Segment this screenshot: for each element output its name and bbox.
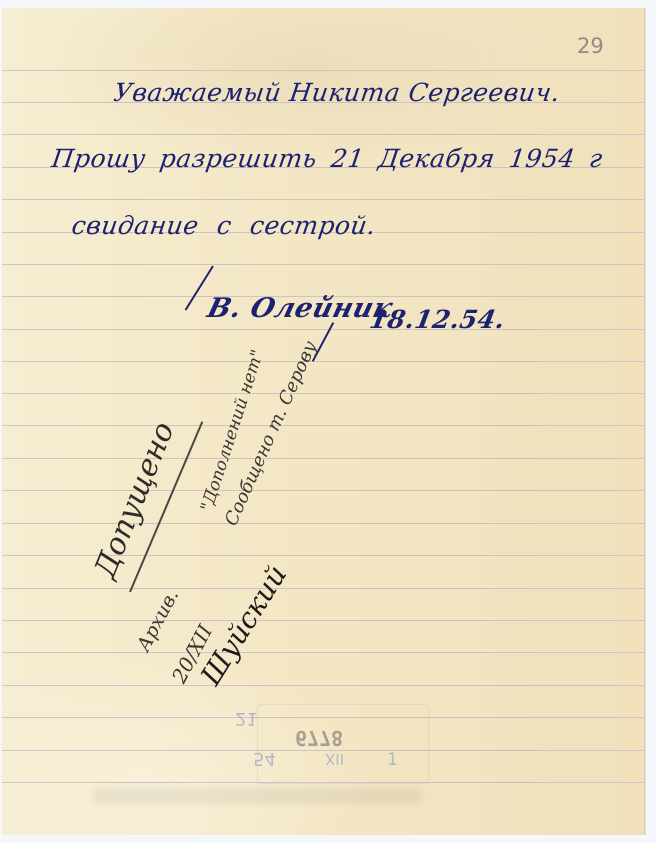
request-line-2: свидание с сестрой.	[70, 211, 378, 240]
stamp-mark: 1	[387, 750, 398, 770]
stamp-number: 6778	[295, 726, 343, 750]
ruled-line	[2, 199, 644, 200]
stamp-mark: 21	[235, 708, 258, 729]
ruled-line	[2, 490, 644, 491]
request-line-1: Прошу разрешить 21 Декабря 1954 г	[50, 144, 605, 173]
ruled-line	[2, 685, 644, 686]
ruled-line	[2, 425, 644, 426]
ruled-line	[2, 361, 644, 362]
archive-signature: Шуйский	[194, 559, 293, 691]
signature: В. Олейник	[204, 293, 396, 324]
smudge	[92, 788, 422, 804]
ruled-line	[2, 458, 644, 459]
ruled-line	[2, 329, 644, 330]
signature-date: 18.12.54.	[367, 305, 507, 334]
ruled-line	[2, 523, 644, 524]
ruled-line	[2, 620, 644, 621]
ruled-line	[2, 393, 644, 394]
stamp-mark: XII	[325, 750, 344, 768]
document-page: 29 Уважаемый Никита Сергеевич. Прошу раз…	[2, 8, 645, 835]
ruled-line	[2, 70, 644, 71]
page-number: 29	[577, 34, 604, 58]
salutation: Уважаемый Никита Сергеевич.	[112, 78, 562, 107]
ruled-line	[2, 588, 644, 589]
stamp-mark: 54	[253, 748, 276, 769]
ruled-line	[2, 134, 644, 135]
ruled-line	[2, 652, 644, 653]
ruled-line	[2, 264, 644, 265]
